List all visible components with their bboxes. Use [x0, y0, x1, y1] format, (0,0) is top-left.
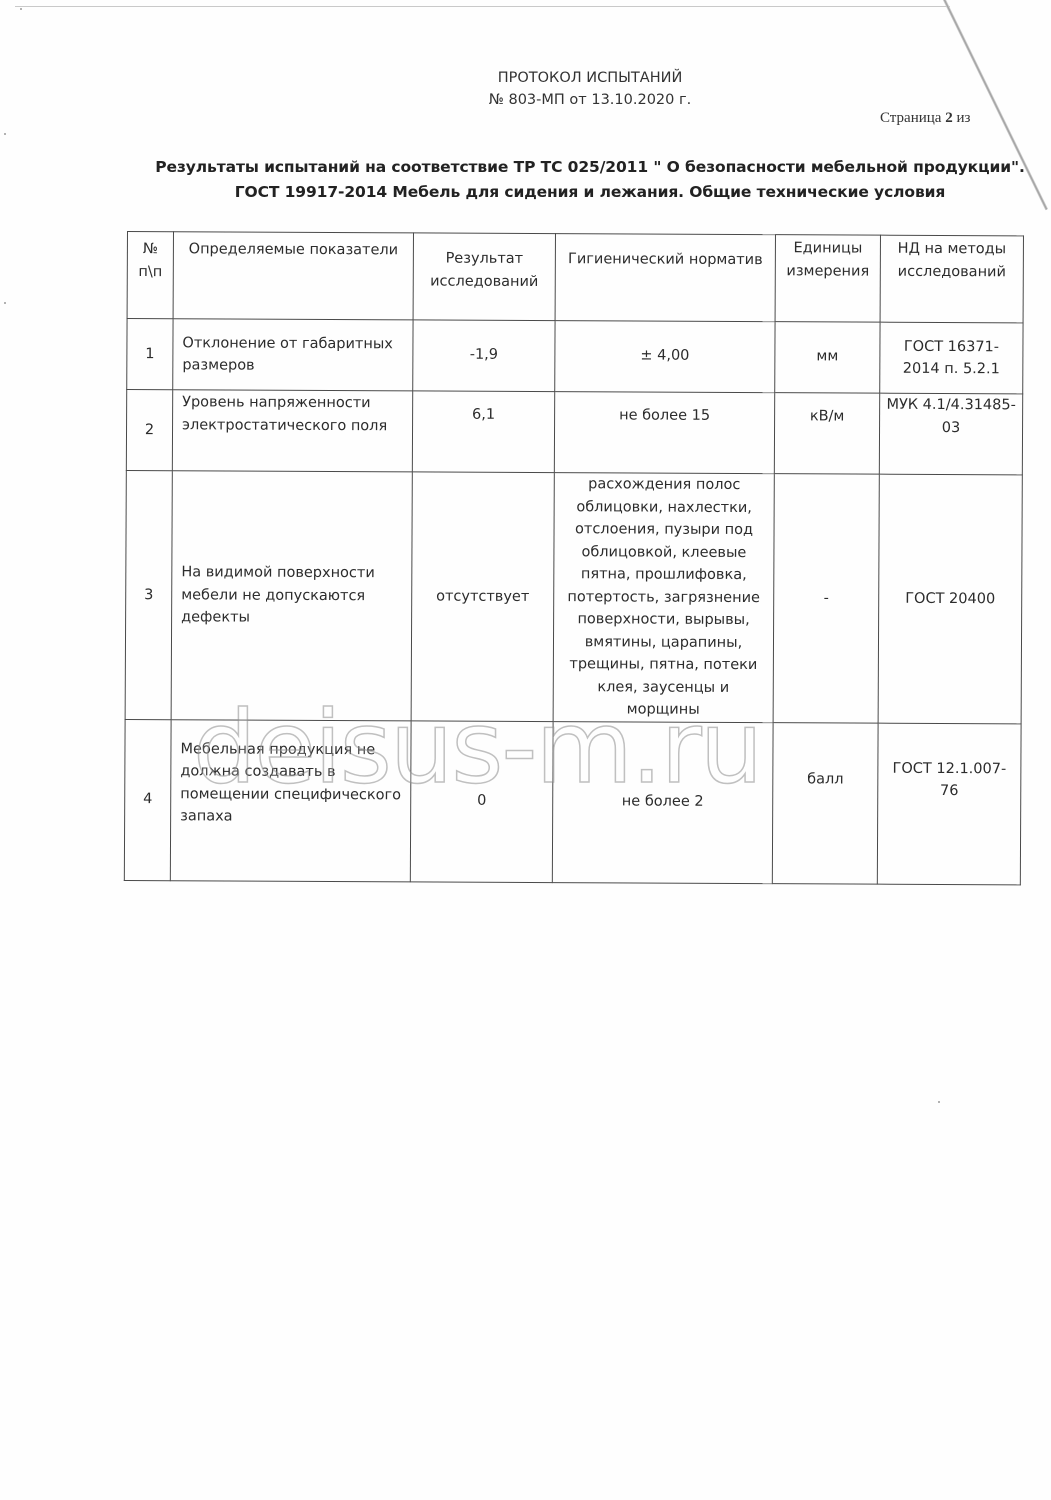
protocol-number: № 803-МП от 13.10.2020 г. — [390, 89, 790, 111]
cell-norm: ± 4,00 — [555, 321, 775, 393]
results-table: № п\п Определяемые показатели Результат … — [124, 231, 1024, 885]
table-row: 4 Мебельная продукция не должна создават… — [124, 719, 1021, 884]
cell-result: -1,9 — [413, 320, 555, 392]
cell-result: отсутствует — [411, 472, 554, 721]
column-header-result: Результат исследований — [413, 233, 555, 321]
cell-method: ГОСТ 20400 — [878, 474, 1022, 723]
table-row: 3 На видимой поверхности мебели не допус… — [125, 470, 1022, 723]
scan-speck — [938, 1101, 940, 1103]
cell-parameter: Мебельная продукция не должна создавать … — [170, 719, 411, 881]
scan-speck — [4, 302, 6, 304]
results-table-container: № п\п Определяемые показатели Результат … — [124, 231, 1023, 885]
protocol-header: ПРОТОКОЛ ИСПЫТАНИЙ № 803-МП от 13.10.202… — [390, 67, 790, 111]
cell-number: 4 — [124, 719, 171, 880]
scan-speck — [20, 8, 22, 10]
cell-number: 2 — [126, 390, 172, 471]
cell-method: ГОСТ 16371-2014 п. 5.2.1 — [880, 322, 1023, 394]
page-indicator: Страница 2 из — [880, 110, 970, 127]
cell-parameter: Отклонение от габаритных размеров — [173, 319, 413, 391]
cell-result: 0 — [410, 720, 553, 882]
cell-unit: балл — [772, 722, 878, 884]
results-title-line-2: ГОСТ 19917-2014 Мебель для сидения и леж… — [130, 180, 1050, 205]
results-title: Результаты испытаний на соответствие ТР … — [130, 155, 1050, 205]
column-header-method: НД на методы исследований — [880, 235, 1023, 323]
table-row: 1 Отклонение от габаритных размеров -1,9… — [127, 319, 1023, 394]
page-current: 2 — [945, 110, 953, 126]
cell-unit: кВ/м — [774, 393, 879, 475]
cell-unit: - — [773, 474, 879, 723]
table-row: 2 Уровень напряженности электростатическ… — [126, 390, 1022, 475]
cell-unit: мм — [775, 322, 880, 394]
column-header-number: № п\п — [127, 232, 173, 319]
cell-norm: не более 15 — [554, 392, 774, 474]
results-title-line-1: Результаты испытаний на соответствие ТР … — [130, 155, 1050, 180]
page-label: Страница — [880, 110, 941, 126]
scan-edge-line — [15, 6, 950, 7]
protocol-title: ПРОТОКОЛ ИСПЫТАНИЙ — [390, 67, 790, 89]
cell-norm: расхождения полос облицовки, нахлестки, … — [553, 473, 774, 723]
document-page: ПРОТОКОЛ ИСПЫТАНИЙ № 803-МП от 13.10.202… — [0, 0, 1051, 1500]
cell-method: МУК 4.1/4.31485-03 — [879, 393, 1022, 475]
table-header-row: № п\п Определяемые показатели Результат … — [127, 232, 1023, 323]
cell-norm: не более 2 — [552, 721, 773, 883]
scan-speck — [4, 133, 6, 135]
cell-result: 6,1 — [412, 391, 554, 473]
column-header-unit: Единицы измерения — [775, 235, 880, 323]
cell-parameter: Уровень напряженности электростатическог… — [172, 390, 412, 472]
cell-method: ГОСТ 12.1.007-76 — [877, 723, 1021, 885]
cell-parameter: На видимой поверхности мебели не допуска… — [171, 471, 412, 721]
page-of-label: из — [956, 110, 970, 126]
cell-number: 3 — [125, 470, 172, 719]
column-header-parameter: Определяемые показатели — [173, 232, 413, 320]
column-header-norm: Гигиенический норматив — [555, 234, 775, 322]
cell-number: 1 — [127, 319, 173, 390]
